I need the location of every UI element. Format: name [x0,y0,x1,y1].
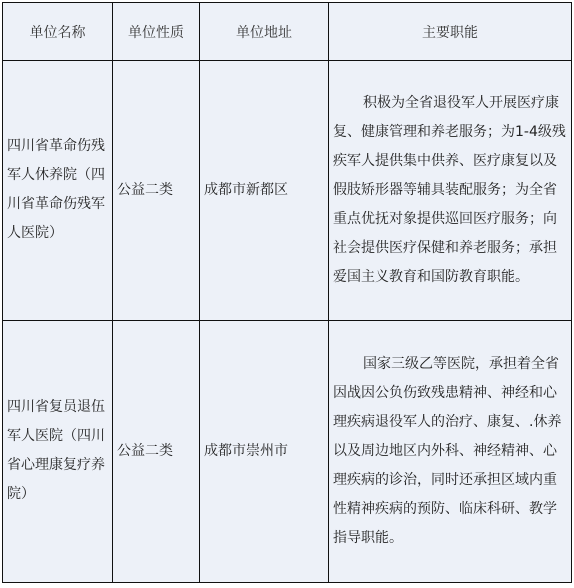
unit-type-cell: 公益二类 [113,61,200,321]
units-table: 单位名称 单位性质 单位地址 主要职能 四川省革命伤残军人休养院（四川省革命伤残… [2,2,572,583]
header-unit-name: 单位名称 [3,3,113,61]
header-row: 单位名称 单位性质 单位地址 主要职能 [3,3,572,61]
header-main-duties: 主要职能 [329,3,572,61]
duties-text: 积极为全省退役军人开展医疗康复、健康管理和养老服务；为1-4级残疾军人提供集中供… [333,95,566,285]
unit-address-cell: 成都市崇州市 [200,320,329,582]
unit-name-cell: 四川省革命伤残军人休养院（四川省革命伤残军人医院） [3,61,113,321]
unit-duties-cell: 积极为全省退役军人开展医疗康复、健康管理和养老服务；为1-4级残疾军人提供集中供… [329,61,572,321]
duties-text: 国家三级乙等医院，承担着全省因战因公负伤致残患精神、神经和心理疾病退役军人的治疗… [333,356,561,546]
unit-duties-cell: 国家三级乙等医院，承担着全省因战因公负伤致残患精神、神经和心理疾病退役军人的治疗… [329,320,572,582]
header-unit-type: 单位性质 [113,3,200,61]
table-row: 四川省革命伤残军人休养院（四川省革命伤残军人医院） 公益二类 成都市新都区 积极… [3,61,572,321]
unit-address-cell: 成都市新都区 [200,61,329,321]
header-unit-address: 单位地址 [200,3,329,61]
unit-name-cell: 四川省复员退伍军人医院（四川省心理康复疗养院） [3,320,113,582]
table-row: 四川省复员退伍军人医院（四川省心理康复疗养院） 公益二类 成都市崇州市 国家三级… [3,320,572,582]
unit-type-cell: 公益二类 [113,320,200,582]
